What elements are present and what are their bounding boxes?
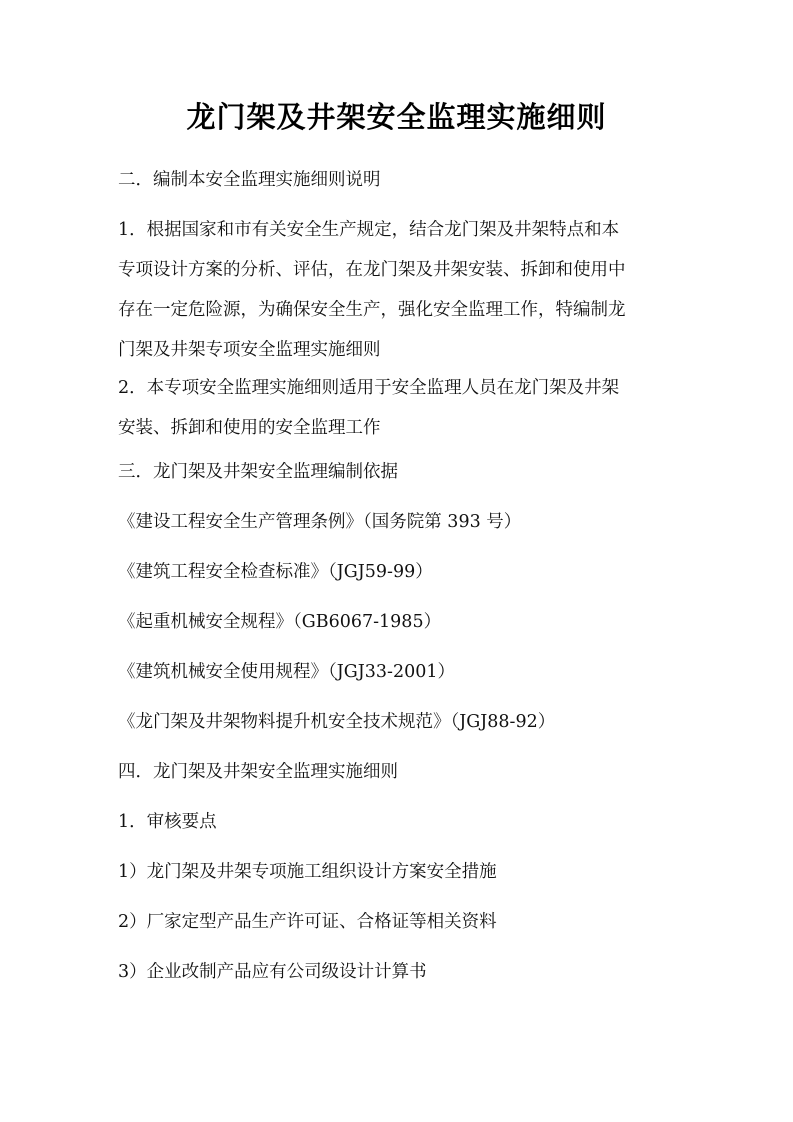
reference-item: 《建筑机械安全使用规程》（JGJ33-2001） — [118, 659, 455, 685]
section-heading-4: 四．龙门架及井架安全监理实施细则 — [118, 759, 398, 785]
reference-item: 《建筑工程安全检查标准》（JGJ59-99） — [118, 559, 433, 585]
section2-item2-paragraph: 2．本专项安全监理实施细则适用于安全监理人员在龙门架及井架 安装、拆卸和使用的安… — [118, 368, 678, 448]
paragraph-line: 存在一定危险源，为确保安全生产，强化安全监理工作，特编制龙 — [118, 290, 678, 330]
reference-item: 《龙门架及井架物料提升机安全技术规范》（JGJ88-92） — [118, 709, 555, 735]
paragraph-line: 1．根据国家和市有关安全生产规定，结合龙门架及井架特点和本 — [118, 210, 678, 250]
document-title: 龙门架及井架安全监理实施细则 — [0, 97, 793, 137]
document-page: 龙门架及井架安全监理实施细则 二．编制本安全监理实施细则说明 1．根据国家和市有… — [0, 0, 793, 1122]
reference-item: 《建设工程安全生产管理条例》（国务院第 393 号） — [118, 509, 521, 535]
paragraph-line: 专项设计方案的分析、评估，在龙门架及井架安装、拆卸和使用中 — [118, 250, 678, 290]
paragraph-line: 门架及井架专项安全监理实施细则 — [118, 330, 678, 370]
review-point-item: 3）企业改制产品应有公司级设计计算书 — [118, 959, 427, 985]
subsection-heading: 1．审核要点 — [118, 809, 217, 835]
paragraph-line: 2．本专项安全监理实施细则适用于安全监理人员在龙门架及井架 — [118, 368, 678, 408]
section2-item1-paragraph: 1．根据国家和市有关安全生产规定，结合龙门架及井架特点和本 专项设计方案的分析、… — [118, 210, 678, 370]
paragraph-line: 安装、拆卸和使用的安全监理工作 — [118, 408, 678, 448]
section-heading-3: 三．龙门架及井架安全监理编制依据 — [118, 459, 398, 485]
reference-item: 《起重机械安全规程》（GB6067-1985） — [118, 609, 441, 635]
review-point-item: 1）龙门架及井架专项施工组织设计方案安全措施 — [118, 859, 497, 885]
section-heading-2: 二．编制本安全监理实施细则说明 — [118, 167, 381, 193]
review-point-item: 2）厂家定型产品生产许可证、合格证等相关资料 — [118, 909, 497, 935]
